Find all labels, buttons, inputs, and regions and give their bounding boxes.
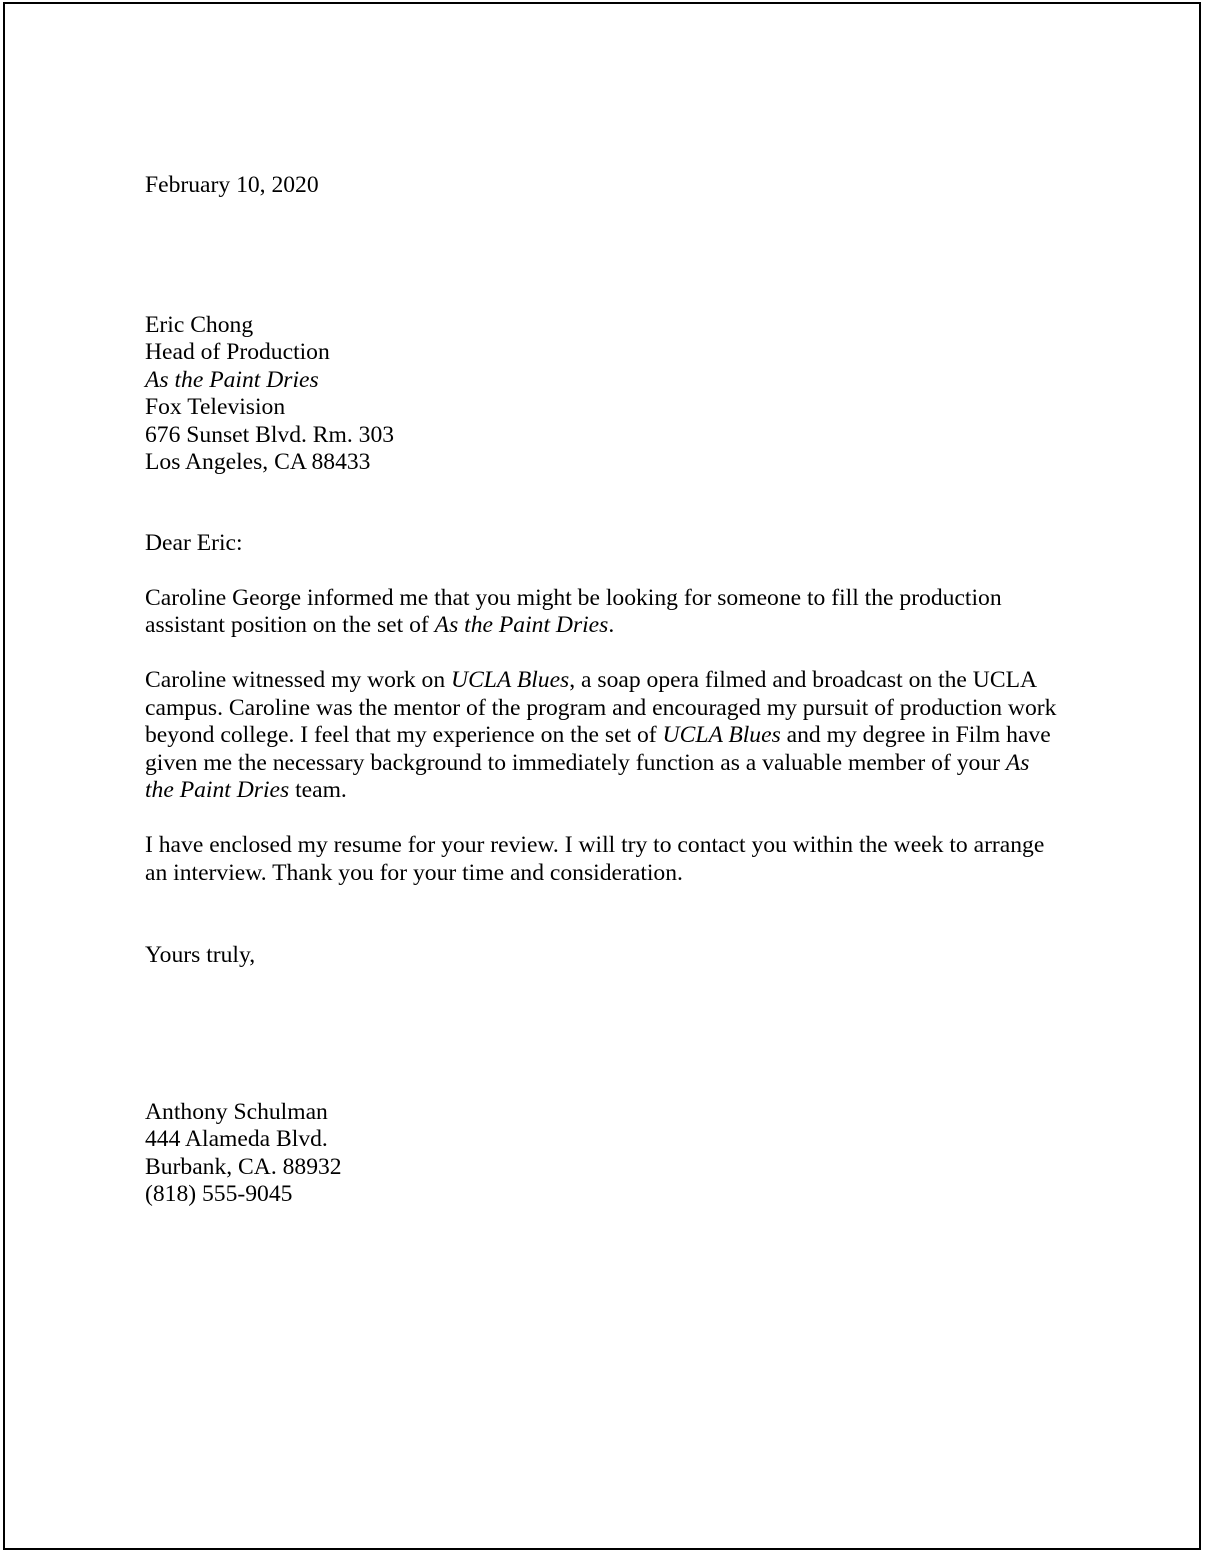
letter-date: February 10, 2020 bbox=[145, 172, 319, 198]
recipient-company: Fox Television bbox=[145, 394, 1061, 422]
p1-period: . bbox=[608, 612, 614, 638]
paragraph-3: I have enclosed my resume for your revie… bbox=[145, 832, 1061, 887]
sender-street: 444 Alameda Blvd. bbox=[145, 1126, 1061, 1154]
p3-text: I have enclosed my resume for your revie… bbox=[145, 832, 1044, 886]
letter-content: February 10, 2020 Eric Chong Head of Pro… bbox=[145, 172, 1061, 1209]
recipient-program: As the Paint Dries bbox=[145, 367, 1061, 395]
p1-show-title: As the Paint Dries bbox=[435, 612, 609, 638]
sender-phone: (818) 555-9045 bbox=[145, 1181, 1061, 1209]
signature-block: Anthony Schulman 444 Alameda Blvd. Burba… bbox=[145, 1099, 1061, 1209]
paragraph-1: Caroline George informed me that you mig… bbox=[145, 585, 1061, 640]
letter-page: February 10, 2020 Eric Chong Head of Pro… bbox=[0, 0, 1206, 1558]
sender-name: Anthony Schulman bbox=[145, 1099, 1061, 1127]
recipient-address-block: Eric Chong Head of Production As the Pai… bbox=[145, 312, 1061, 477]
recipient-title: Head of Production bbox=[145, 339, 1061, 367]
p2-show-title-2: UCLA Blues bbox=[663, 722, 781, 748]
date-line: February 10, 2020 bbox=[145, 172, 1061, 200]
closing-line: Yours truly, bbox=[145, 942, 1061, 970]
recipient-street: 676 Sunset Blvd. Rm. 303 bbox=[145, 422, 1061, 450]
paragraph-2: Caroline witnessed my work on UCLA Blues… bbox=[145, 667, 1061, 805]
sender-city: Burbank, CA. 88932 bbox=[145, 1154, 1061, 1182]
p2-text-1: Caroline witnessed my work on bbox=[145, 667, 451, 693]
p2-show-title-1: UCLA Blues bbox=[451, 667, 569, 693]
recipient-name: Eric Chong bbox=[145, 312, 1061, 340]
recipient-city: Los Angeles, CA 88433 bbox=[145, 449, 1061, 477]
salutation-text: Dear Eric: bbox=[145, 530, 243, 556]
closing-text: Yours truly, bbox=[145, 942, 255, 968]
salutation: Dear Eric: bbox=[145, 530, 1061, 558]
p2-text-4: team. bbox=[289, 777, 347, 803]
